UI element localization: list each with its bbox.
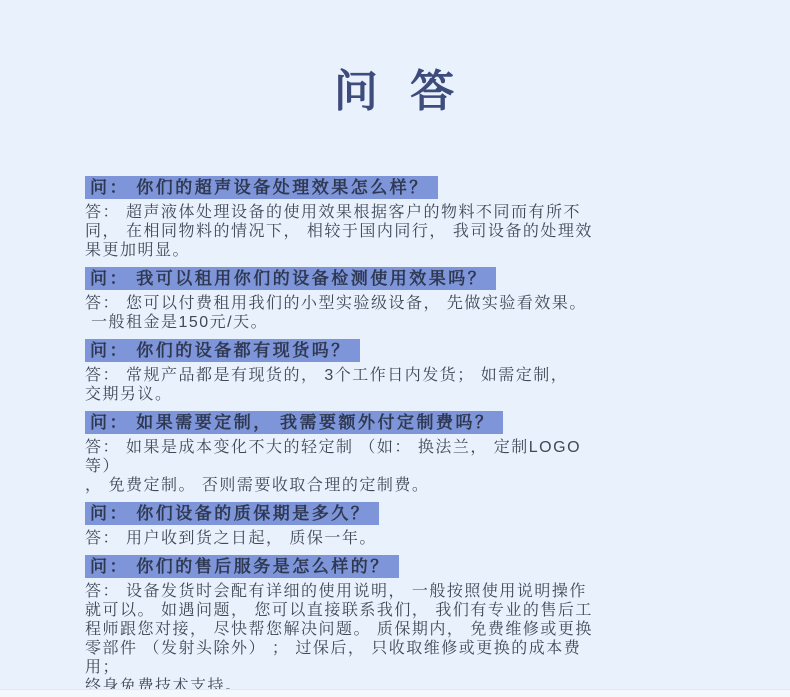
qa-question: 问： 你们设备的质保期是多久？ [85, 502, 379, 525]
qa-answer: 答： 超声液体处理设备的使用效果根据客户的物料不同而有所不 同， 在相同物料的情… [85, 203, 605, 260]
qa-item: 问： 你们设备的质保期是多久？ 答： 用户收到货之日起， 质保一年。 [85, 502, 605, 548]
qa-item: 问： 如果需要定制， 我需要额外付定制费吗？ 答： 如果是成本变化不大的轻定制 … [85, 411, 605, 495]
qa-answer: 答： 设备发货时会配有详细的使用说明， 一般按照使用说明操作 就可以。 如遇问题… [85, 582, 605, 696]
qa-list: 问： 你们的超声设备处理效果怎么样？ 答： 超声液体处理设备的使用效果根据客户的… [85, 176, 605, 696]
qa-item: 问： 你们的设备都有现货吗？ 答： 常规产品都是有现货的， 3个工作日内发货； … [85, 339, 605, 404]
qa-question: 问： 你们的设备都有现货吗？ [85, 339, 360, 362]
qa-answer: 答： 如果是成本变化不大的轻定制 （如： 换法兰， 定制LOGO等） ， 免费定… [85, 438, 605, 495]
qa-question: 问： 你们的售后服务是怎么样的？ [85, 555, 399, 578]
qa-item: 问： 我可以租用你们的设备检测使用效果吗？ 答： 您可以付费租用我们的小型实验级… [85, 267, 605, 332]
page-title: 问 答 [0, 0, 790, 114]
faq-section: 问 答 问： 你们的超声设备处理效果怎么样？ 答： 超声液体处理设备的使用效果根… [0, 0, 790, 697]
qa-item: 问： 你们的售后服务是怎么样的？ 答： 设备发货时会配有详细的使用说明， 一般按… [85, 555, 605, 696]
section-divider [0, 689, 790, 697]
qa-question: 问： 如果需要定制， 我需要额外付定制费吗？ [85, 411, 503, 434]
qa-question: 问： 你们的超声设备处理效果怎么样？ [85, 176, 438, 199]
qa-answer: 答： 常规产品都是有现货的， 3个工作日内发货； 如需定制， 交期另议。 [85, 366, 605, 404]
qa-item: 问： 你们的超声设备处理效果怎么样？ 答： 超声液体处理设备的使用效果根据客户的… [85, 176, 605, 260]
qa-answer: 答： 您可以付费租用我们的小型实验级设备， 先做实验看效果。 一般租金是150元… [85, 294, 605, 332]
qa-answer: 答： 用户收到货之日起， 质保一年。 [85, 529, 605, 548]
qa-question: 问： 我可以租用你们的设备检测使用效果吗？ [85, 267, 496, 290]
